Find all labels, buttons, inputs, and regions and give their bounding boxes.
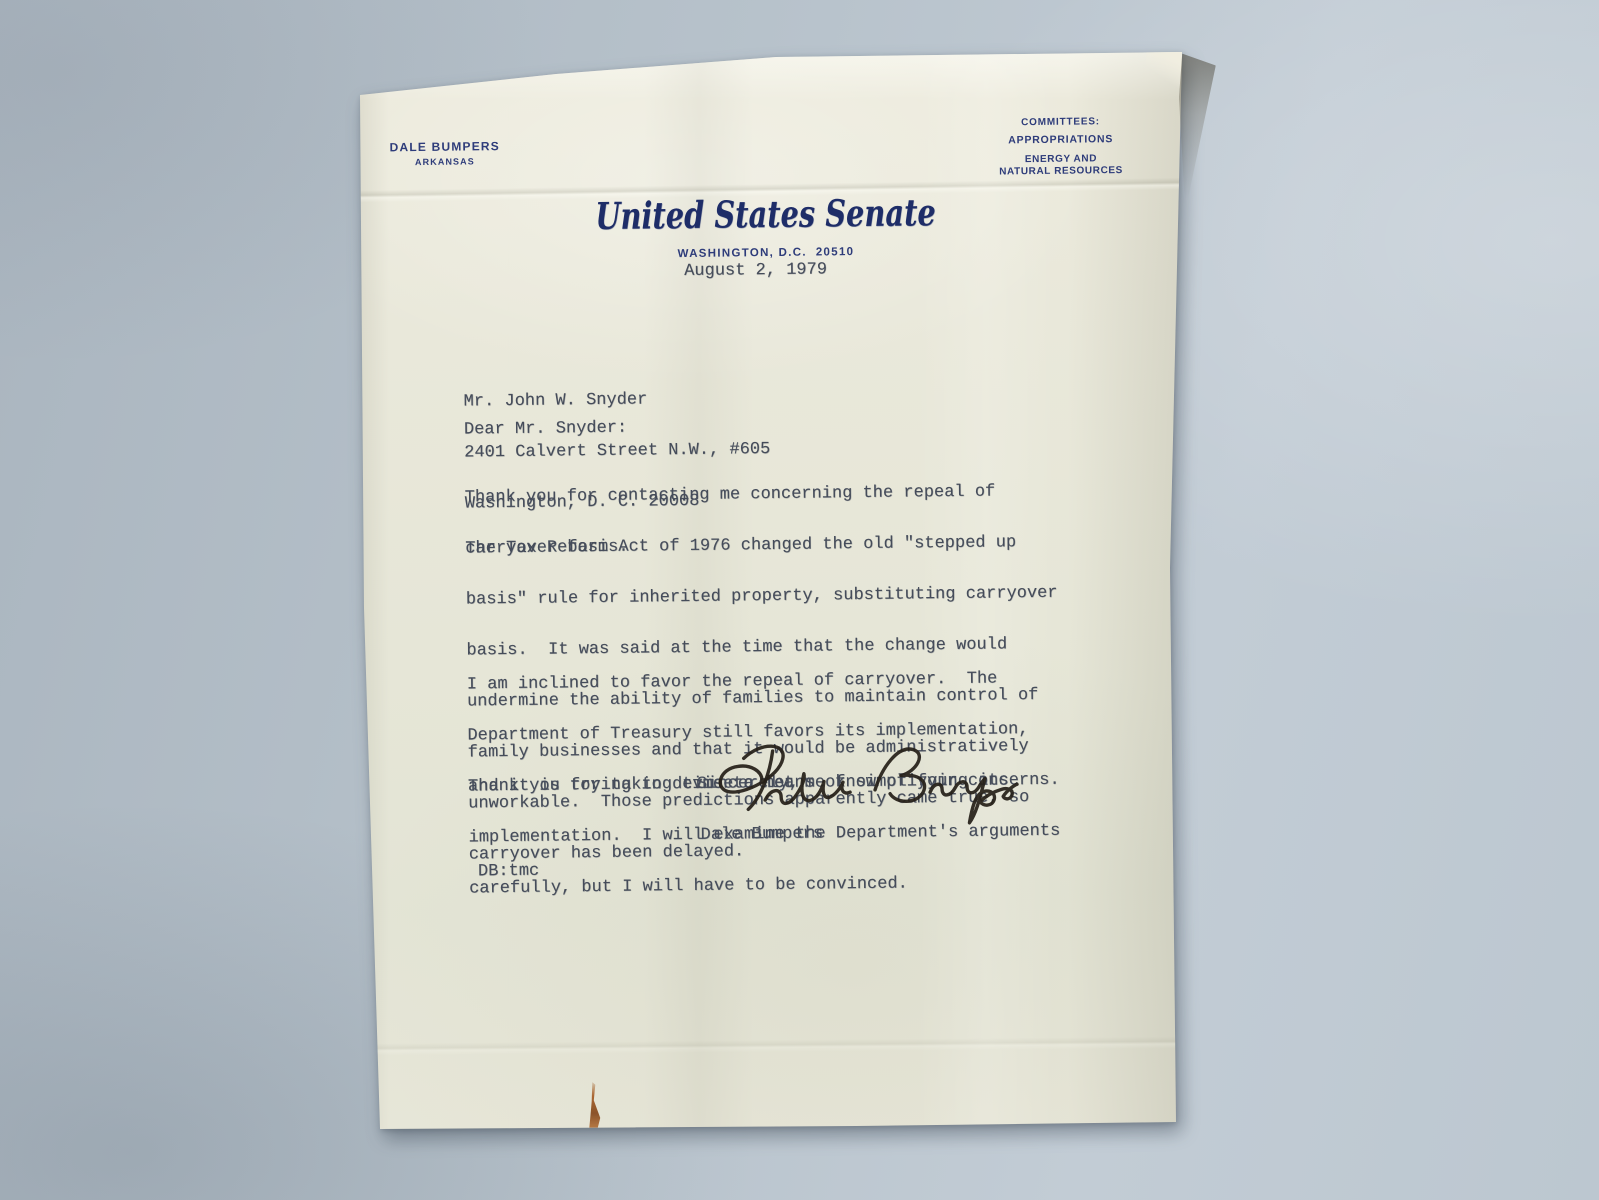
recipient-line: Mr. John W. Snyder xyxy=(464,390,770,410)
org-title: United States Senate xyxy=(442,188,1088,239)
reference-initials: DB:tmc xyxy=(478,863,539,881)
committees-label: COMMITTEES: xyxy=(968,116,1152,129)
paper-surface: DALE BUMPERS ARKANSAS COMMITTEES: APPROP… xyxy=(356,48,1184,1130)
sender-block: DALE BUMPERS ARKANSAS xyxy=(387,139,503,167)
typed-name: Dale Bumpers xyxy=(700,825,823,843)
body-line: I am inclined to favor the repeal of car… xyxy=(467,670,1059,694)
body-line: The Tax Reform Act of 1976 changed the o… xyxy=(465,534,1057,558)
committees-block: COMMITTEES: APPROPRIATIONS ENERGY AND NA… xyxy=(968,116,1153,178)
letter-content: DALE BUMPERS ARKANSAS COMMITTEES: APPROP… xyxy=(350,43,1190,1134)
date-line: August 2, 1979 xyxy=(684,261,827,280)
committee-energy-line1: ENERGY AND xyxy=(969,153,1153,166)
body-line: basis" rule for inherited property, subs… xyxy=(466,585,1058,609)
sender-name: DALE BUMPERS xyxy=(387,139,503,154)
body-line: carefully, but I will have to be convinc… xyxy=(469,874,1061,898)
salutation: Dear Mr. Snyder: xyxy=(464,420,627,439)
committee-appropriations: APPROPRIATIONS xyxy=(969,133,1153,147)
sender-state: ARKANSAS xyxy=(387,156,503,167)
committee-energy-line2: NATURAL RESOURCES xyxy=(969,165,1153,178)
photo-backdrop: DALE BUMPERS ARKANSAS COMMITTEES: APPROP… xyxy=(0,0,1599,1200)
closing: Sincerely, xyxy=(697,775,799,793)
letter-paper: DALE BUMPERS ARKANSAS COMMITTEES: APPROP… xyxy=(356,48,1184,1130)
